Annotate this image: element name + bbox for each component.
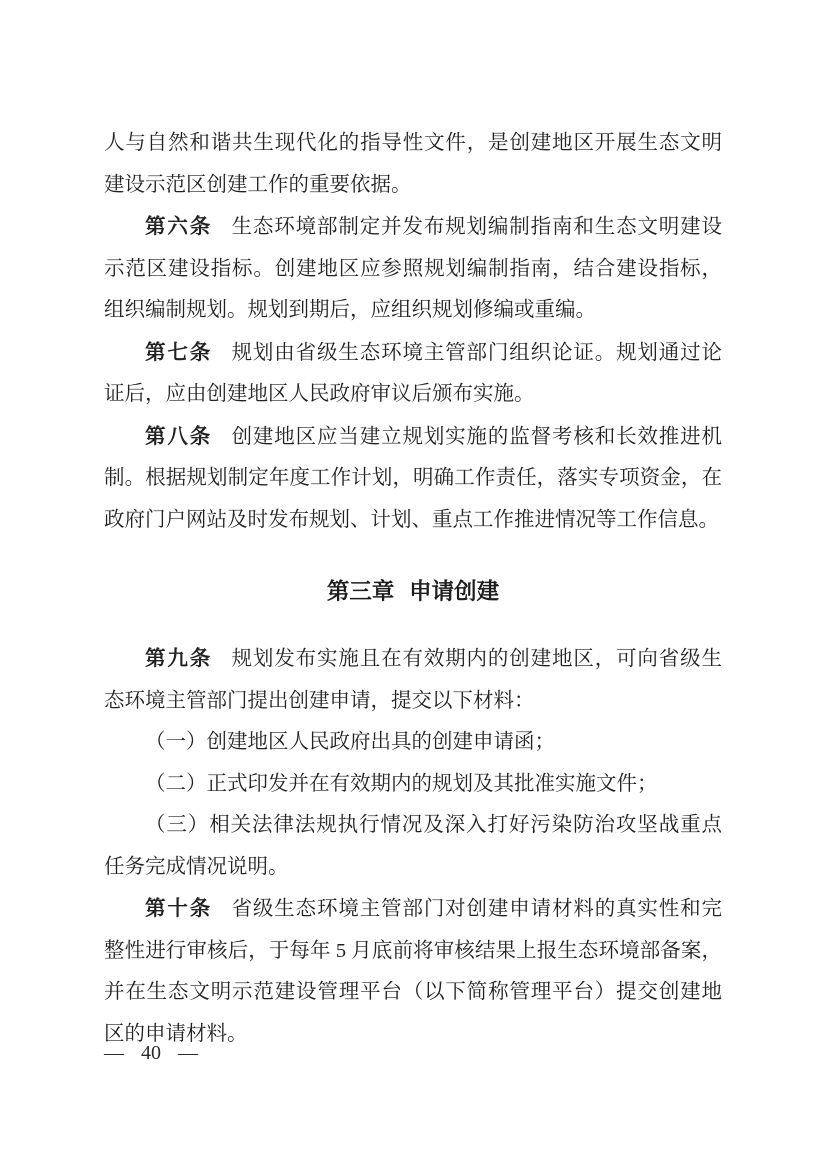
article-8-number: 第八条 [145, 425, 212, 448]
article-9-text: 规划发布实施且在有效期内的创建地区，可向省级生 [232, 648, 722, 670]
text-line: 组织编制规划。规划到期后，应组织规划修编或重编。 [104, 290, 722, 332]
list-item-2: （二）正式印发并在有效期内的规划及其批准实施文件； [104, 764, 722, 806]
text-line: 制。根据规划制定年度工作计划，明确工作责任，落实专项资金，在 [104, 458, 722, 500]
page-footer: — 40 — [104, 1041, 198, 1065]
article-6-number: 第六条 [145, 215, 212, 238]
text-line: 政府门户网站及时发布规划、计划、重点工作推进情况等工作信息。 [104, 500, 722, 542]
article-10-text: 省级生态环境主管部门对创建申请材料的真实性和完 [232, 898, 722, 920]
document-page: 人与自然和谐共生现代化的指导性文件，是创建地区开展生态文明 建设示范区创建工作的… [0, 0, 826, 1169]
article-8-paragraph: 第八条创建地区应当建立规划实施的监督考核和长效推进机 制。根据规划制定年度工作计… [104, 416, 722, 542]
text-line: （三）相关法律法规执行情况及深入打好污染防治攻坚战重点 [104, 805, 722, 847]
text-line: 证后，应由创建地区人民政府审议后颁布实施。 [104, 374, 722, 416]
paragraph-intro-continuation: 人与自然和谐共生现代化的指导性文件，是创建地区开展生态文明 建设示范区创建工作的… [104, 123, 722, 206]
text-line: 并在生态文明示范建设管理平台（以下简称管理平台）提交创建地 [104, 972, 722, 1014]
chapter-number: 第三章 [327, 579, 395, 604]
article-9-number: 第九条 [145, 647, 212, 670]
chapter-title: 申请创建 [409, 579, 499, 604]
document-body: 人与自然和谐共生现代化的指导性文件，是创建地区开展生态文明 建设示范区创建工作的… [104, 123, 722, 1055]
text-line: 人与自然和谐共生现代化的指导性文件，是创建地区开展生态文明 [104, 123, 722, 165]
text-line: 第六条生态环境部制定并发布规划编制指南和生态文明建设 [104, 206, 722, 249]
text-line: （二）正式印发并在有效期内的规划及其批准实施文件； [104, 764, 722, 806]
article-6-paragraph: 第六条生态环境部制定并发布规划编制指南和生态文明建设 示范区建设指标。创建地区应… [104, 206, 722, 332]
article-7-number: 第七条 [145, 341, 212, 364]
text-line: 整性进行审核后，于每年 5 月底前将审核结果上报生态环境部备案， [104, 931, 722, 973]
article-10-number: 第十条 [145, 897, 212, 920]
text-line: （一）创建地区人民政府出具的创建申请函； [104, 722, 722, 764]
text-line: 第七条规划由省级生态环境主管部门组织论证。规划通过论 [104, 332, 722, 375]
article-6-text: 生态环境部制定并发布规划编制指南和生态文明建设 [232, 216, 722, 238]
article-9-paragraph: 第九条规划发布实施且在有效期内的创建地区，可向省级生 态环境主管部门提出创建申请… [104, 638, 722, 722]
article-10-paragraph: 第十条省级生态环境主管部门对创建申请材料的真实性和完 整性进行审核后，于每年 5… [104, 888, 722, 1055]
text-line: 第十条省级生态环境主管部门对创建申请材料的真实性和完 [104, 888, 722, 931]
page-number: 40 [141, 1041, 161, 1065]
text-line: 态环境主管部门提出创建申请，提交以下材料： [104, 681, 722, 723]
list-item-3: （三）相关法律法规执行情况及深入打好污染防治攻坚战重点 任务完成情况说明。 [104, 805, 722, 888]
article-7-paragraph: 第七条规划由省级生态环境主管部门组织论证。规划通过论 证后，应由创建地区人民政府… [104, 332, 722, 416]
footer-dash-left: — [104, 1041, 124, 1065]
text-line: 建设示范区创建工作的重要依据。 [104, 165, 722, 207]
footer-dash-right: — [178, 1041, 198, 1065]
article-7-text: 规划由省级生态环境主管部门组织论证。规划通过论 [232, 342, 722, 364]
text-line: 任务完成情况说明。 [104, 847, 722, 889]
text-line: 第八条创建地区应当建立规划实施的监督考核和长效推进机 [104, 416, 722, 459]
list-item-1: （一）创建地区人民政府出具的创建申请函； [104, 722, 722, 764]
article-8-text: 创建地区应当建立规划实施的监督考核和长效推进机 [232, 426, 722, 448]
text-line: 第九条规划发布实施且在有效期内的创建地区，可向省级生 [104, 638, 722, 681]
chapter-heading: 第三章申请创建 [104, 571, 722, 613]
text-line: 示范区建设指标。创建地区应参照规划编制指南，结合建设指标， [104, 249, 722, 291]
